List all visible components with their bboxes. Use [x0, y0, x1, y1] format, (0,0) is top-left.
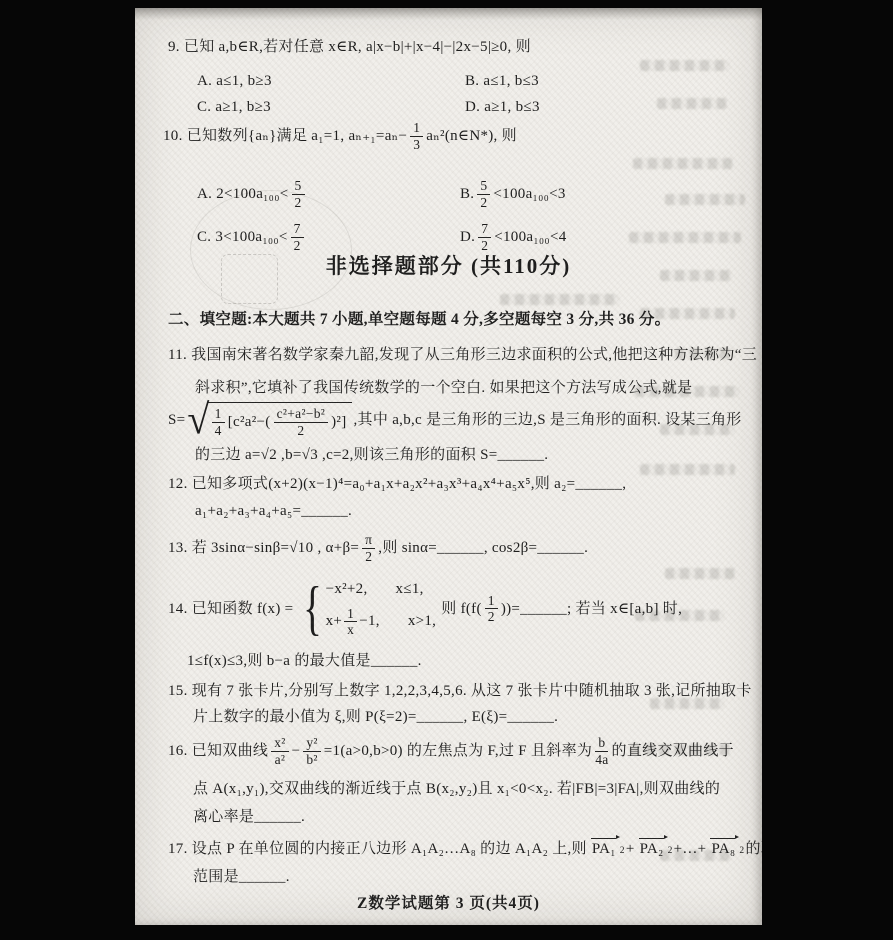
question-10-stem: 10. 已知数列{aₙ}满足 a₁=1, aₙ₊₁=aₙ− 1 3 aₙ²(n∈…: [163, 120, 517, 152]
bleedthrough-smudge: [629, 232, 741, 243]
question-9-stem: 9. 已知 a,b∈R,若对任意 x∈R, a|x−b|+|x−4|−|2x−5…: [168, 38, 531, 57]
bleedthrough-smudge: [665, 194, 745, 205]
question-16-line1: 16. 已知双曲线 x² a² − y² b² =1(a>0,b>0) 的左焦点…: [168, 735, 734, 767]
bleedthrough-smudge: [640, 60, 730, 71]
page-footer: Z数学试题第 3 页(共4页): [135, 894, 762, 913]
fill-blank-instruction: 二、填空题:本大题共 7 小题,单空题每题 4 分,多空题每空 3 分,共 36…: [168, 310, 670, 329]
piecewise-case-1: −x²+2, x≤1,: [326, 580, 437, 599]
question-9-option-a: A. a≤1, b≥3: [197, 72, 272, 91]
exam-page: 9. 已知 a,b∈R,若对任意 x∈R, a|x−b|+|x−4|−|2x−5…: [135, 8, 762, 925]
q10-stem-post: aₙ²(n∈N*), 则: [426, 127, 517, 146]
question-14-line1: 14. 已知函数 f(x) = { −x²+2, x≤1, x+ 1 x −1,: [168, 580, 682, 638]
bleedthrough-smudge: [640, 464, 735, 475]
fraction-b-4a: b 4a: [595, 735, 608, 767]
question-9-option-b: B. a≤1, b≤3: [465, 72, 539, 91]
question-15-line1: 15. 现有 7 张卡片,分别写上数字 1,2,2,3,4,5,6. 从这 7 …: [168, 682, 752, 701]
piecewise-case-2: x+ 1 x −1, x>1,: [326, 606, 437, 638]
vector-pa2: PA₂: [639, 838, 667, 859]
bleedthrough-smudge: [657, 98, 727, 109]
fraction-five-halves: 5 2: [477, 178, 490, 210]
question-9-option-c: C. a≥1, b≥3: [197, 98, 271, 117]
question-17-line2: 范围是______.: [193, 868, 290, 887]
fraction-pi-over-2: π 2: [362, 532, 375, 564]
bleedthrough-smudge: [500, 294, 620, 305]
fraction-y2-b2: y² b²: [303, 735, 320, 767]
section-title: 非选择题部分 (共110分): [135, 253, 762, 279]
question-11-line4: 的三边 a=√2 ,b=√3 ,c=2,则该三角形的面积 S=______.: [195, 446, 548, 465]
fraction-one-third: 1 3: [410, 120, 423, 152]
question-16-line2: 点 A(x₁,y₁),交双曲线的渐近线于点 B(x₂,y₂)且 x₁<0<x₂.…: [193, 780, 720, 799]
question-10-option-d: D. 7 2 <100a₁₀₀<4: [460, 221, 567, 253]
vector-pa1: PA₁: [591, 838, 619, 859]
question-9-option-d: D. a≥1, b≤3: [465, 98, 540, 117]
question-16-line3: 离心率是______.: [193, 808, 305, 827]
question-13: 13. 若 3sinα−sinβ=√10 , α+β= π 2 ,则 sinα=…: [168, 532, 588, 564]
page-top-edge: [135, 8, 762, 20]
question-14-line2: 1≤f(x)≤3,则 b−a 的最大值是______.: [187, 652, 422, 671]
q10-stem-pre: 10. 已知数列{aₙ}满足 a₁=1, aₙ₊₁=aₙ−: [163, 127, 407, 146]
question-12-line1: 12. 已知多项式(x+2)(x−1)⁴=a₀+a₁x+a₂x²+a₃x³+a₄…: [168, 475, 626, 494]
question-12-line2: a₁+a₂+a₃+a₄+a₅=______.: [195, 502, 352, 521]
question-10-option-c: C. 3<100a₁₀₀< 7 2: [197, 221, 306, 253]
fraction-one-quarter: 1 4: [212, 406, 225, 438]
fraction-one-over-x: 1 x: [344, 606, 357, 638]
fraction-cosine-rule: c²+a²−b² 2: [274, 406, 329, 438]
radical-sign-icon: √: [187, 402, 209, 438]
fraction-five-halves: 5 2: [292, 178, 305, 210]
q11-formula-post: ,其中 a,b,c 是三角形的三边,S 是三角形的面积. 设某三角形: [354, 411, 742, 430]
fraction-seven-halves: 7 2: [291, 221, 304, 253]
q11-formula-pre: S=: [168, 411, 185, 430]
vector-pa8: PA₈: [710, 838, 738, 859]
question-10-option-a: A. 2<100a₁₀₀< 5 2: [197, 178, 307, 210]
question-11-line2: 斜求积”,它填补了我国传统数学的一个空白. 如果把这个方法写成公式,就是: [195, 379, 692, 398]
question-15-line2: 片上数字的最小值为 ξ,则 P(ξ=2)=______, E(ξ)=______…: [193, 708, 558, 727]
scan-black-background: 9. 已知 a,b∈R,若对任意 x∈R, a|x−b|+|x−4|−|2x−5…: [0, 0, 893, 940]
bleedthrough-smudge: [633, 158, 733, 169]
fraction-one-half: 1 2: [485, 593, 498, 625]
bleedthrough-smudge: [665, 568, 735, 579]
question-11-formula: S= √ 1 4 [c²a²−( c²+a²−b² 2 )²] ,其中 a,b,…: [168, 402, 742, 438]
piecewise-function: { −x²+2, x≤1, x+ 1 x −1, x>1,: [298, 580, 436, 638]
brace-icon: {: [304, 583, 323, 634]
question-10-option-b: B. 5 2 <100a₁₀₀<3: [460, 178, 566, 210]
fraction-seven-halves: 7 2: [478, 221, 491, 253]
fraction-x2-a2: x² a²: [271, 735, 288, 767]
radical: √ 1 4 [c²a²−( c²+a²−b² 2 )²]: [187, 402, 351, 438]
question-11-line1: 11. 我国南宋著名数学家秦九韶,发现了从三角形三边求面积的公式,他把这种方法称…: [168, 346, 757, 365]
question-17-line1: 17. 设点 P 在单位圆的内接正八边形 A₁A₂…A₈ 的边 A₁A₂ 上,则…: [168, 838, 762, 859]
